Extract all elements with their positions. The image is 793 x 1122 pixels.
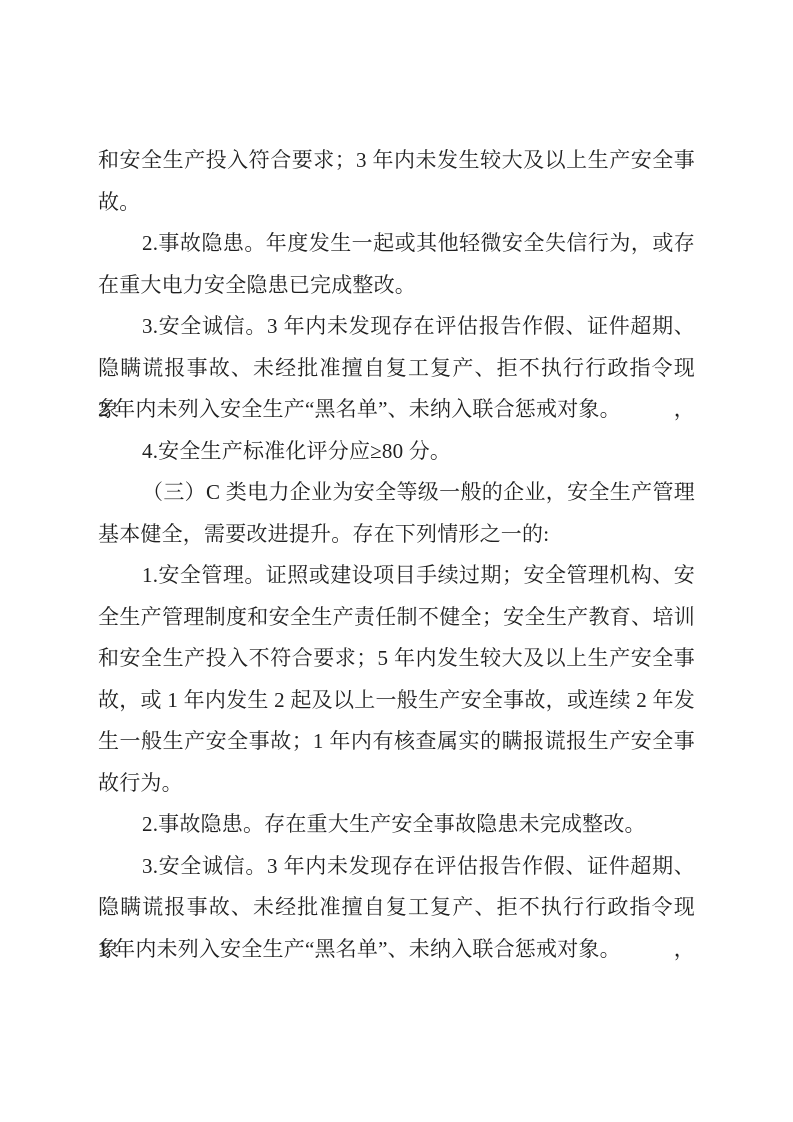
text-line: 故。 — [98, 182, 695, 224]
text-line: 和安全生产投入符合要求；3 年内未发生较大及以上生产安全事 — [98, 140, 695, 182]
text-line: 故，或 1 年内发生 2 起及以上一般生产安全事故，或连续 2 年发 — [98, 680, 695, 722]
text-line: 2.事故隐患。年度发生一起或其他轻微安全失信行为，或存 — [98, 223, 695, 265]
text-line: 4.安全生产标准化评分应≥80 分。 — [98, 431, 695, 473]
text-line: 1 年内未列入安全生产“黑名单”、未纳入联合惩戒对象。 — [98, 929, 695, 971]
text-line: 全生产管理制度和安全生产责任制不健全；安全生产教育、培训 — [98, 597, 695, 639]
text-line: 2 年内未列入安全生产“黑名单”、未纳入联合惩戒对象。 — [98, 389, 695, 431]
text-line: 在重大电力安全隐患已完成整改。 — [98, 265, 695, 307]
text-line: 和安全生产投入不符合要求；5 年内发生较大及以上生产安全事 — [98, 638, 695, 680]
document-body: 和安全生产投入符合要求；3 年内未发生较大及以上生产安全事 故。 2.事故隐患。… — [98, 140, 695, 970]
text-line: 2.事故隐患。存在重大生产安全事故隐患未完成整改。 — [98, 804, 695, 846]
text-line: 故行为。 — [98, 763, 695, 805]
text-line: （三）C 类电力企业为安全等级一般的企业，安全生产管理 — [98, 472, 695, 514]
text-line: 3.安全诚信。3 年内未发现存在评估报告作假、证件超期、 — [98, 306, 695, 348]
document-page: 和安全生产投入符合要求；3 年内未发生较大及以上生产安全事 故。 2.事故隐患。… — [0, 0, 793, 1122]
text-line: 1.安全管理。证照或建设项目手续过期；安全管理机构、安 — [98, 555, 695, 597]
text-line: 3.安全诚信。3 年内未发现存在评估报告作假、证件超期、 — [98, 846, 695, 888]
text-line: 隐瞒谎报事故、未经批准擅自复工复产、拒不执行行政指令现象， — [98, 887, 695, 929]
text-line: 生一般生产安全事故；1 年内有核查属实的瞒报谎报生产安全事 — [98, 721, 695, 763]
text-line: 隐瞒谎报事故、未经批准擅自复工复产、拒不执行行政指令现象， — [98, 348, 695, 390]
text-line: 基本健全，需要改进提升。存在下列情形之一的: — [98, 514, 695, 556]
